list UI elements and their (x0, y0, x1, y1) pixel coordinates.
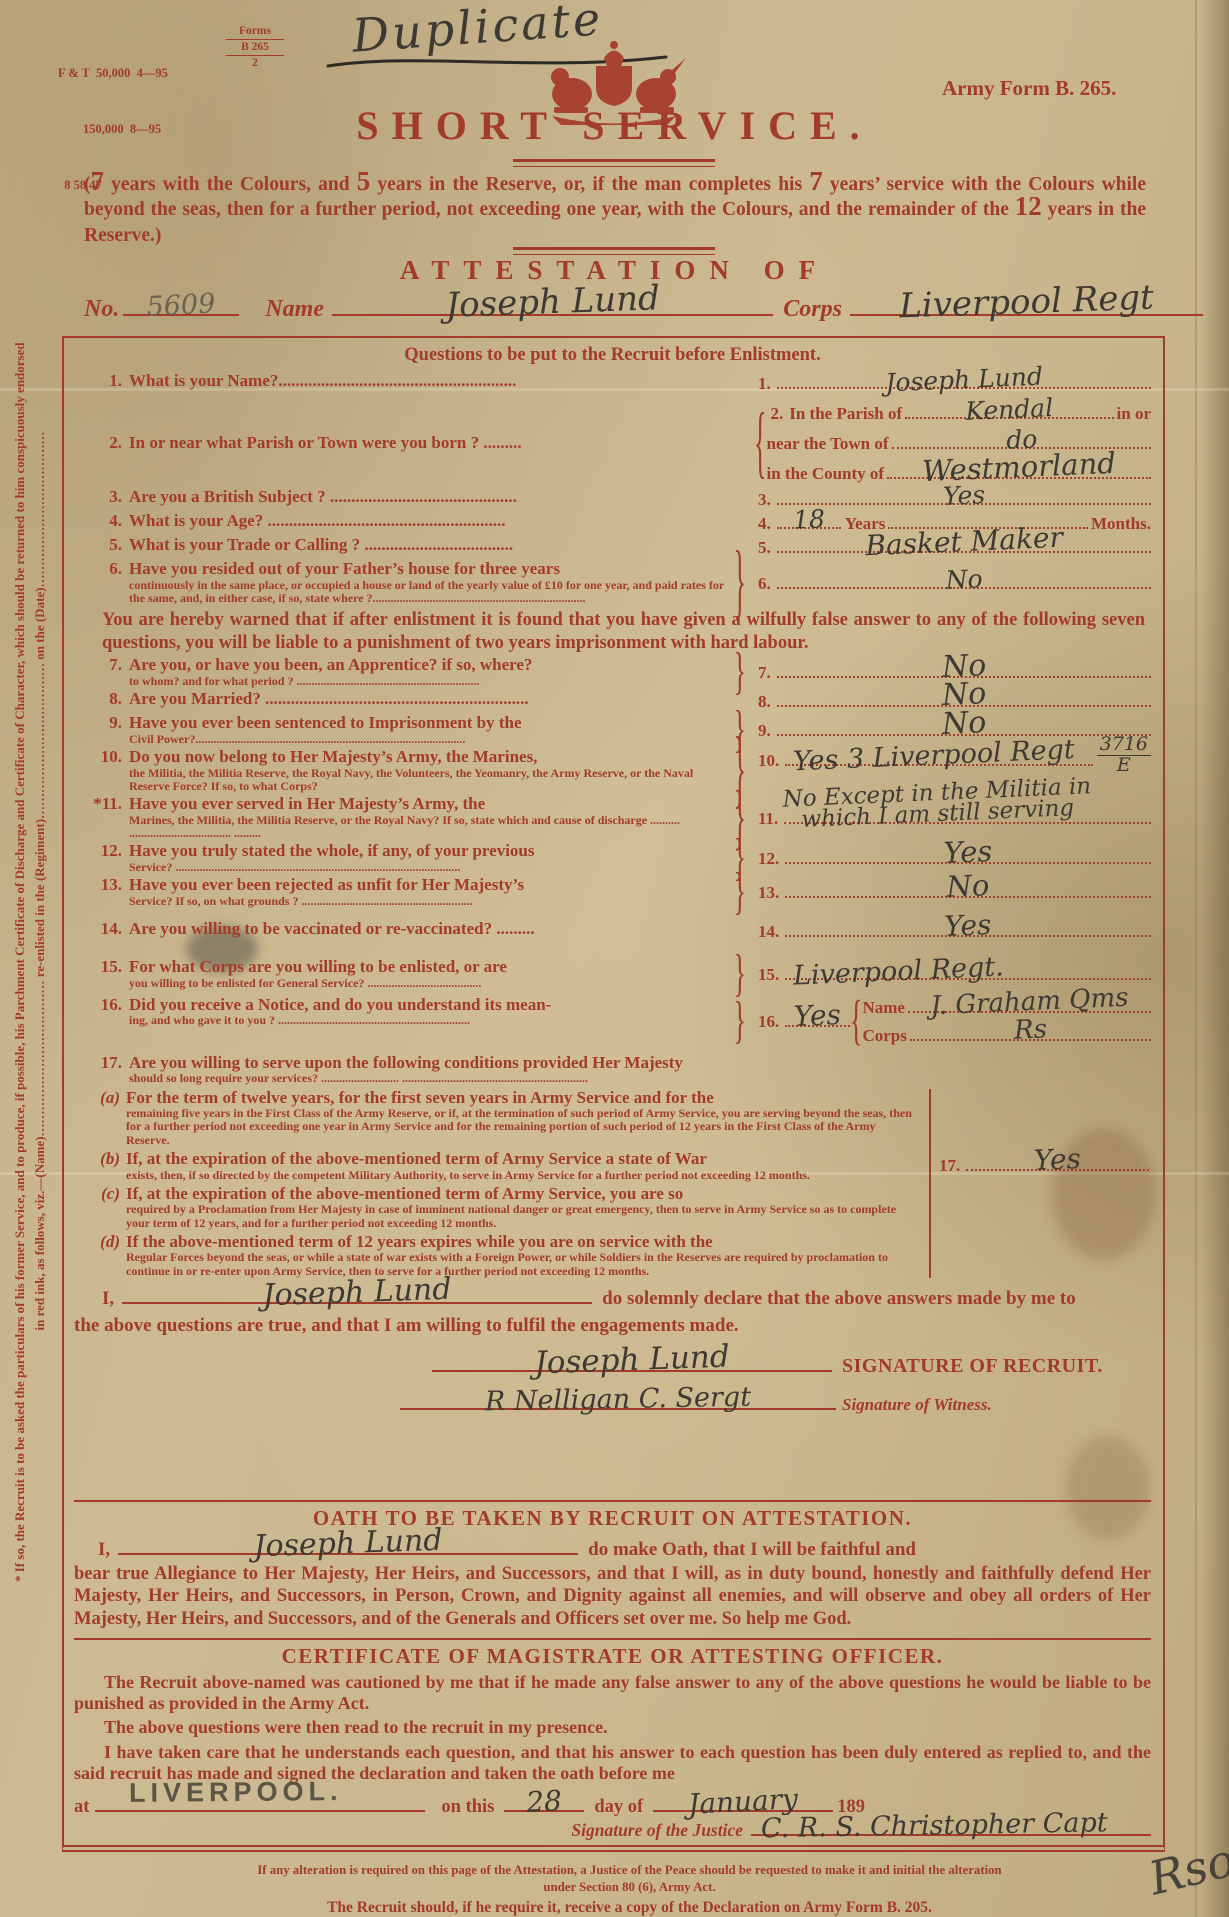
form-number-stack: Forms B 265 2 (226, 24, 284, 71)
q1-answer-number: 1. (754, 374, 777, 394)
margin-note-line1: * If so, the Recruit is to be asked the … (10, 180, 30, 1582)
q16-brace: } (734, 995, 746, 1047)
q17-b-label: (b) (74, 1150, 126, 1182)
question-row-1: 1.What is your Name?....................… (74, 372, 1151, 394)
q8-answer-number: 8. (754, 692, 777, 712)
left-margin-note: * If so, the Recruit is to be asked the … (10, 180, 49, 1582)
q17-small-text: should so long require your services? ..… (129, 1072, 933, 1085)
q10-militia-number: 3716E (1097, 735, 1151, 775)
identity-row: No. 5609 Name Joseph Lund Corps Liverpoo… (84, 292, 1203, 323)
place-line: LIVERPOOL. (95, 1794, 425, 1812)
q6-number: 6. (74, 560, 129, 579)
day-handwriting: 28 (504, 1787, 585, 1816)
question-row-2: 2.In or near what Parish or Town were yo… (74, 402, 1151, 484)
at-label: at (74, 1797, 89, 1818)
q7-answer-number: 7. (754, 663, 777, 683)
justice-label: Signature of the Justice (571, 1820, 743, 1841)
question-row-14: 14.Are you willing to be vaccinated or r… (74, 920, 1151, 942)
q17-c-lead: If, at the expiration of the above-menti… (126, 1185, 919, 1204)
q16-number: 16. (74, 996, 129, 1015)
q14-number: 14. (74, 920, 129, 939)
day-line: 28 (504, 1794, 584, 1812)
q5-answer-line: 5.Basket Maker (754, 538, 1151, 558)
q17-d-rest: Regular Forces beyond the seas, or while… (126, 1251, 919, 1277)
q12-text: Have you truly stated the whole, if any,… (129, 841, 535, 860)
q15-small-text: you willing to be enlisted for General S… (129, 977, 734, 990)
q6-answer-number: 6. (754, 574, 777, 594)
q16-answer-handwriting: Yes (785, 1002, 851, 1031)
forms-suffix: 2 (226, 56, 284, 71)
witness-signature-row: R Nelligan C. Sergt Signature of Witness… (400, 1394, 1151, 1415)
q8-text: Are you Married? .......................… (129, 690, 746, 709)
q2-answer-county: in the County ofWestmorland (766, 464, 1151, 484)
army-form-number: Army Form B. 265. (942, 76, 1116, 101)
declaration-line2: the above questions are true, and that I… (74, 1315, 1151, 1338)
q11-number: *11. (74, 795, 129, 814)
q4-number: 4. (74, 512, 129, 531)
q3-answer-number: 3. (754, 490, 777, 510)
q1-answer-line: 1.Joseph Lund (754, 374, 1151, 394)
q7-answer-line: 7.No (754, 663, 1151, 683)
q17-a-label: (a) (74, 1089, 126, 1147)
justice-signature-row: Signature of the Justice C. R. S. Christ… (74, 1820, 1151, 1841)
witness-signature-handwriting: R Nelligan C. Sergt (400, 1384, 836, 1416)
q10-small-text: the Militia, the Militia Reserve, the Ro… (129, 767, 734, 793)
q5-answer-number: 5. (754, 538, 777, 558)
q16-corps-line: CorpsRs (862, 1026, 1151, 1046)
oath-heading: OATH TO BE TAKEN BY RECRUIT ON ATTESTATI… (74, 1506, 1151, 1531)
q17-a-lead: For the term of twelve years, for the fi… (126, 1089, 919, 1108)
question-row-3: 3.Are you a British Subject ? ..........… (74, 488, 1151, 510)
q7-text: Are you, or have you been, an Apprentice… (129, 655, 532, 674)
q2-county-label: in the County of (766, 464, 887, 484)
q12-answer-line: 12.Yes (754, 849, 1151, 869)
q16-corps-handwriting: Rs (909, 1014, 1151, 1048)
question-row-16: 16.Did you receive a Notice, and do you … (74, 996, 1151, 1046)
question-row-13: 13.Have you ever been rejected as unfit … (74, 876, 1151, 908)
q17-a-rest: remaining five years in the First Class … (126, 1107, 919, 1147)
q12-answer-number: 12. (754, 849, 785, 869)
q2-parish-label: In the Parish of (789, 404, 905, 424)
margin-note-line2: in red ink, as follows, viz.—(Name)……………… (30, 180, 50, 1582)
q17-answer-line: 17.Yes (933, 1156, 1151, 1176)
forms-number: B 265 (226, 40, 284, 56)
oath-name-line: Joseph Lund (118, 1539, 578, 1555)
q2-county-handwriting: Westmorland (887, 449, 1152, 487)
q17-d-lead: If the above-mentioned term of 12 years … (126, 1233, 919, 1252)
q14-answer-number: 14. (754, 922, 785, 942)
question-row-11: *11.Have you ever served in Her Majesty’… (74, 795, 1151, 840)
q8-number: 8. (74, 690, 129, 709)
q7-small-text: to whom? and for what period ? .........… (129, 675, 734, 688)
oath-body: bear true Allegiance to Her Majesty, Her… (74, 1563, 1151, 1630)
q2-town-handwriting: do (891, 422, 1151, 456)
q10-text: Do you now belong to Her Majesty’s Army,… (129, 747, 537, 766)
q4-age-handwriting: 18 (776, 507, 841, 533)
q10-answer-line: 10.Yes 3 Liverpool Regt3716E (754, 751, 1151, 791)
question-row-7: 7.Are you, or have you been, an Apprenti… (74, 656, 1151, 688)
false-answer-warning: You are hereby warned that if after enli… (74, 607, 1151, 656)
recruit-signature-label: SIGNATURE OF RECRUIT. (842, 1355, 1103, 1378)
question-row-10: 10.Do you now belong to Her Majesty’s Ar… (74, 748, 1151, 793)
on-this-label: on this (441, 1797, 494, 1818)
month-handwriting: January (653, 1784, 834, 1819)
q5-number: 5. (74, 536, 129, 555)
q14-text: Are you willing to be vaccinated or re-v… (129, 920, 746, 939)
q17-text: Are you willing to serve upon the follow… (129, 1053, 683, 1072)
question-row-6: 6.Have you resided out of your Father’s … (74, 560, 1151, 605)
print-code-line: F & T 50,000 4—95 (58, 64, 168, 83)
q13-answer-number: 13. (754, 883, 785, 903)
q16-answer-number: 16. (754, 1012, 785, 1032)
corps-field: Liverpool Regt (850, 292, 1203, 316)
scan-edge-shadow (1201, 0, 1229, 1917)
oath-post: do make Oath, that I will be faithful an… (588, 1539, 916, 1561)
q10-frac-bottom: E (1117, 756, 1131, 775)
declaration-post: do solemnly declare that the above answe… (602, 1288, 1076, 1311)
q2-number: 2. (74, 434, 129, 453)
q2-parish-handwriting: Kendal (905, 393, 1114, 425)
question-row-5: 5.What is your Trade or Calling ? ......… (74, 536, 1151, 558)
q16-name-handwriting: J. Graham Qms (908, 985, 1152, 1019)
scanned-attestation-form: * If so, the Recruit is to be asked the … (0, 0, 1229, 1917)
section-divider (74, 1500, 1151, 1502)
q11-answer-number: 11. (754, 809, 784, 829)
q15-number: 15. (74, 958, 129, 977)
q9-number: 9. (74, 714, 129, 733)
liverpool-stamp: LIVERPOOL. (129, 1776, 343, 1809)
corps-value-handwriting: Liverpool Regt (850, 281, 1204, 324)
q7-number: 7. (74, 656, 129, 675)
forms-label: Forms (226, 24, 284, 40)
q9-text: Have you ever been sentenced to Imprison… (129, 713, 522, 732)
title-underline (513, 159, 715, 167)
q17-condition-d: (d)If the above-mentioned term of 12 yea… (74, 1233, 919, 1278)
witness-signature-line: R Nelligan C. Sergt (400, 1394, 836, 1410)
recruit-signature-row: Joseph Lund SIGNATURE OF RECRUIT. (432, 1355, 1151, 1378)
q16-answer-line: 16.Yes (754, 1012, 850, 1032)
certificate-heading: CERTIFICATE OF MAGISTRATE OR ATTESTING O… (74, 1644, 1151, 1669)
q6-text: Have you resided out of your Father’s ho… (129, 559, 560, 578)
place-date-row: at LIVERPOOL. on this 28 day of January … (74, 1794, 1151, 1818)
q17-c-label: (c) (74, 1185, 126, 1230)
q15-text: For what Corps are you willing to be enl… (129, 957, 507, 976)
q6-brace: } (734, 541, 746, 624)
justice-signature-line: C. R. S. Christopher Capt (751, 1820, 1151, 1836)
question-row-9: 9.Have you ever been sentenced to Impris… (74, 714, 1151, 746)
q16-name-line: NameJ. Graham Qms (862, 998, 1151, 1018)
q12-number: 12. (74, 842, 129, 861)
q4-answer-line: 4.18YearsMonths. (754, 514, 1151, 534)
name-value-handwriting: Joseph Lund (332, 280, 774, 326)
intro-paragraph: (7 years with the Colours, and 5 years i… (84, 172, 1146, 248)
q2-answer-number: 2. (766, 404, 789, 424)
no-value-handwriting: 5609 (123, 291, 240, 321)
q16-text: Did you receive a Notice, and do you und… (129, 995, 551, 1014)
oath-pre: I, (98, 1539, 110, 1561)
q2-inor-label: in or (1114, 404, 1151, 424)
question-row-15: 15.For what Corps are you willing to be … (74, 958, 1151, 990)
certificate-paragraph-1: The Recruit above-named was cautioned by… (74, 1672, 1151, 1714)
q17-c-rest: required by a Proclamation from Her Maje… (126, 1203, 919, 1229)
q14-answer-handwriting: Yes (785, 905, 1152, 947)
form-title: SHORT SERVICE. (0, 102, 1229, 149)
q12-small-text: Service? ...............................… (129, 861, 734, 874)
q2-answer-town: near the Town ofdo (766, 434, 1151, 454)
witness-signature-label: Signature of Witness. (842, 1395, 992, 1415)
question-row-4: 4.What is your Age? ....................… (74, 512, 1151, 534)
q4-years-label: Years (841, 514, 889, 534)
no-field: 5609 (123, 292, 239, 316)
name-label: Name (265, 296, 324, 323)
q2-town-label: near the Town of (766, 434, 891, 454)
q2-brace: { (754, 403, 766, 484)
q9-small-text: Civil Power?............................… (129, 733, 734, 746)
q16-corps-label: Corps (862, 1026, 909, 1046)
q13-small-text: Service? If so, on what grounds ? ......… (129, 895, 734, 908)
q11-text: Have you ever served in Her Majesty’s Ar… (129, 794, 485, 813)
q3-answer-line: 3.Yes (754, 490, 1151, 510)
day-of-label: day of (594, 1797, 643, 1818)
q17-condition-c: (c)If, at the expiration of the above-me… (74, 1185, 919, 1230)
form-footer: If any alteration is required on this pa… (70, 1862, 1189, 1917)
q16-answer-brace: { (850, 993, 862, 1048)
q4-answer-number: 4. (754, 514, 777, 534)
corps-label: Corps (783, 296, 842, 323)
q17-condition-a: (a)For the term of twelve years, for the… (74, 1089, 919, 1147)
q6-answer-handwriting: No (776, 559, 1151, 598)
no-label: No. (84, 296, 119, 323)
q17-b-rest: exists, then, if so directed by the comp… (126, 1169, 810, 1182)
q1-text: What is your Name?......................… (129, 372, 746, 391)
q11-answer-line: 11.No Except in the Militia inwhich I am… (754, 809, 1151, 829)
q3-number: 3. (74, 488, 129, 507)
q10-number: 10. (74, 748, 129, 767)
certificate-paragraph-2: The above questions were then read to th… (74, 1717, 1151, 1738)
q4-months-label: Months. (1088, 514, 1151, 534)
q13-number: 13. (74, 876, 129, 895)
q14-answer-line: 14.Yes (754, 922, 1151, 942)
q9-answer-line: 9.No (754, 721, 1151, 741)
scan-edge-line (1195, 0, 1197, 1917)
q5-text: What is your Trade or Calling ? ........… (129, 536, 746, 555)
attestation-heading: ATTESTATION OF (0, 255, 1229, 286)
q1-dotted-line: Joseph Lund (777, 374, 1151, 389)
q6-answer-line: 6.No (754, 574, 1151, 594)
q11-small-text: Marines, the Militia, the Militia Reserv… (129, 814, 734, 840)
section-divider (74, 1638, 1151, 1640)
questions-box-header: Questions to be put to the Recruit befor… (74, 345, 1151, 366)
footer-line2: under Section 80 (6), Army Act. (70, 1879, 1189, 1896)
q7-brace: } (734, 646, 746, 698)
q2-text: In or near what Parish or Town were you … (129, 434, 746, 453)
q17-number: 17. (74, 1054, 129, 1073)
q17-conditions: (a)For the term of twelve years, for the… (74, 1089, 931, 1278)
q15-answer-line: 15.Liverpool Regt. (754, 965, 1151, 985)
q13-brace: } (734, 866, 746, 918)
question-row-12: 12.Have you truly stated the whole, if a… (74, 842, 1151, 874)
footer-line3: The Recruit should, if he require it, re… (70, 1898, 1189, 1917)
footer-line1: If any alteration is required on this pa… (70, 1862, 1189, 1879)
q16-name-label: Name (862, 998, 907, 1018)
q10-answer-number: 10. (754, 751, 785, 771)
q15-answer-handwriting: Liverpool Regt. (785, 949, 1151, 990)
declaration-name-line: Joseph Lund (122, 1288, 592, 1304)
declaration-pre: I, (102, 1288, 114, 1311)
q10-frac-top: 3716 (1097, 735, 1151, 756)
q15-answer-number: 15. (754, 965, 785, 985)
q4-text: What is your Age? ......................… (129, 512, 746, 531)
question-17-block: 17.Are you willing to serve upon the fol… (74, 1054, 1151, 1278)
q6-small-text: continuously in the same place, or occup… (129, 579, 734, 605)
q17-answer-number: 17. (935, 1156, 966, 1176)
month-line: January (653, 1794, 833, 1812)
q11-answer-line2: which I am still serving (725, 795, 1152, 835)
q17-answer-handwriting: Yes (966, 1143, 1150, 1177)
q9-answer-number: 9. (754, 721, 777, 741)
year-prefix: 189 (837, 1797, 865, 1818)
declaration: I, Joseph Lund do solemnly declare that … (74, 1288, 1151, 1338)
recruit-signature-line: Joseph Lund (432, 1356, 832, 1372)
q2-answer-parish: 2.In the Parish ofKendalin or (766, 404, 1151, 424)
q13-answer-line: 13.No (754, 883, 1151, 903)
q17-condition-b: (b)If, at the expiration of the above-me… (74, 1150, 919, 1182)
recruit-signature-handwriting: Joseph Lund (432, 1340, 833, 1382)
q16-small-text: ing, and who gave it to you ? ..........… (129, 1014, 734, 1027)
q8-answer-line: 8.No (754, 692, 1151, 712)
q17-b-lead: If, at the expiration of the above-menti… (126, 1150, 810, 1169)
name-field: Joseph Lund (332, 292, 773, 316)
q1-number: 1. (74, 372, 129, 391)
questions-box: Questions to be put to the Recruit befor… (62, 336, 1165, 1852)
question-row-8: 8.Are you Married? .....................… (74, 690, 1151, 712)
intro-underline (513, 247, 715, 255)
q3-text: Are you a British Subject ? ............… (129, 488, 746, 507)
q13-text: Have you ever been rejected as unfit for… (129, 875, 524, 894)
q17-d-label: (d) (74, 1233, 126, 1278)
